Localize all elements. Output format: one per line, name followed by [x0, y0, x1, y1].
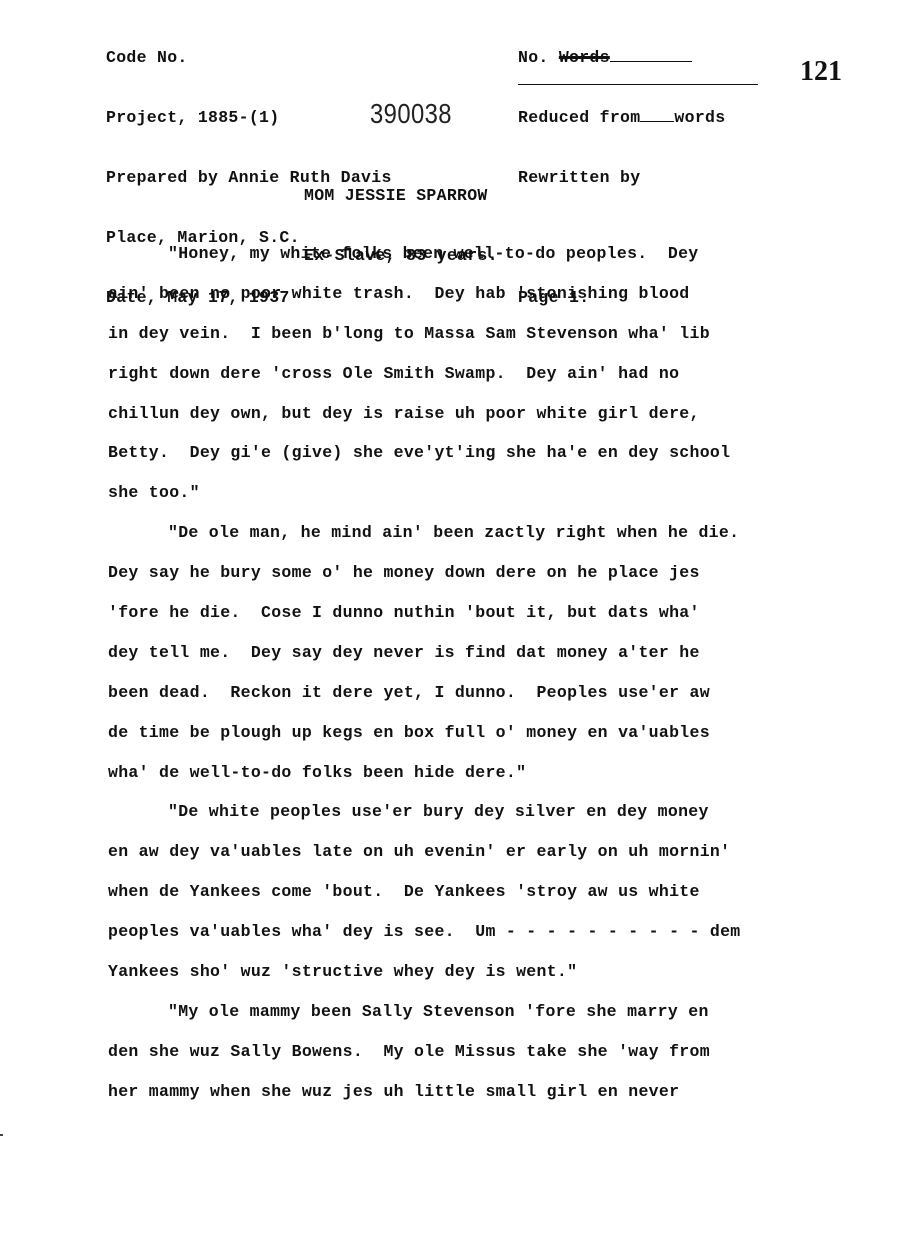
- reduced-words-label: words: [674, 108, 725, 127]
- transcript-line: wha' de well-to-do folks been hide dere.…: [108, 763, 828, 803]
- transcript-line: right down dere 'cross Ole Smith Swamp. …: [108, 364, 828, 404]
- code-number-field: Code No.: [106, 48, 392, 68]
- transcript-line: she too.": [108, 483, 828, 523]
- transcript-line: been dead. Reckon it dere yet, I dunno. …: [108, 683, 828, 723]
- transcript-line: den she wuz Sally Bowens. My ole Missus …: [108, 1042, 828, 1082]
- transcript-body: "Honey, my white folks been well-to-do p…: [108, 244, 828, 1122]
- reduced-blank: [640, 121, 674, 122]
- number-label: No.: [518, 48, 559, 67]
- transcript-line: peoples va'uables wha' dey is see. Um - …: [108, 922, 828, 962]
- archive-page-number: 121: [800, 56, 842, 88]
- project-field: Project, 1885-(1): [106, 108, 392, 128]
- transcript-line: "De ole man, he mind ain' been zactly ri…: [108, 523, 828, 563]
- rewritten-by-field: Rewritten by: [518, 168, 725, 188]
- margin-speck: [0, 1134, 3, 1136]
- struck-words-label: Words: [559, 48, 610, 67]
- rewritten-by-label: Rewritten by: [518, 168, 640, 187]
- informant-name: MOM JESSIE SPARROW: [304, 186, 498, 206]
- transcript-line: Yankees sho' wuz 'structive whey dey is …: [108, 962, 828, 1002]
- transcript-line: de time be plough up kegs en box full o'…: [108, 723, 828, 763]
- reduced-from-label: Reduced from: [518, 108, 640, 127]
- accession-stamp: 390038: [370, 98, 452, 130]
- transcript-line: "My ole mammy been Sally Stevenson 'fore…: [108, 1002, 828, 1042]
- transcript-line: her mammy when she wuz jes uh little sma…: [108, 1082, 828, 1122]
- number-blank: [610, 61, 692, 62]
- reduced-from-field: Reduced fromwords: [518, 108, 725, 128]
- transcript-line: "Honey, my white folks been well-to-do p…: [108, 244, 828, 284]
- transcript-line: en aw dey va'uables late on uh evenin' e…: [108, 842, 828, 882]
- transcript-line: chillun dey own, but dey is raise uh poo…: [108, 404, 828, 444]
- transcript-line: Dey say he bury some o' he money down de…: [108, 563, 828, 603]
- transcript-line: 'fore he die. Cose I dunno nuthin 'bout …: [108, 603, 828, 643]
- rewritten-by-rule: [518, 84, 758, 85]
- transcript-line: ain' been no poor white trash. Dey hab '…: [108, 284, 828, 324]
- transcript-line: dey tell me. Dey say dey never is find d…: [108, 643, 828, 683]
- transcript-line: "De white peoples use'er bury dey silver…: [108, 802, 828, 842]
- transcript-line: Betty. Dey gi'e (give) she eve'yt'ing sh…: [108, 443, 828, 483]
- number-words-field: No. Words: [518, 48, 725, 68]
- transcript-line: in dey vein. I been b'long to Massa Sam …: [108, 324, 828, 364]
- transcript-line: when de Yankees come 'bout. De Yankees '…: [108, 882, 828, 922]
